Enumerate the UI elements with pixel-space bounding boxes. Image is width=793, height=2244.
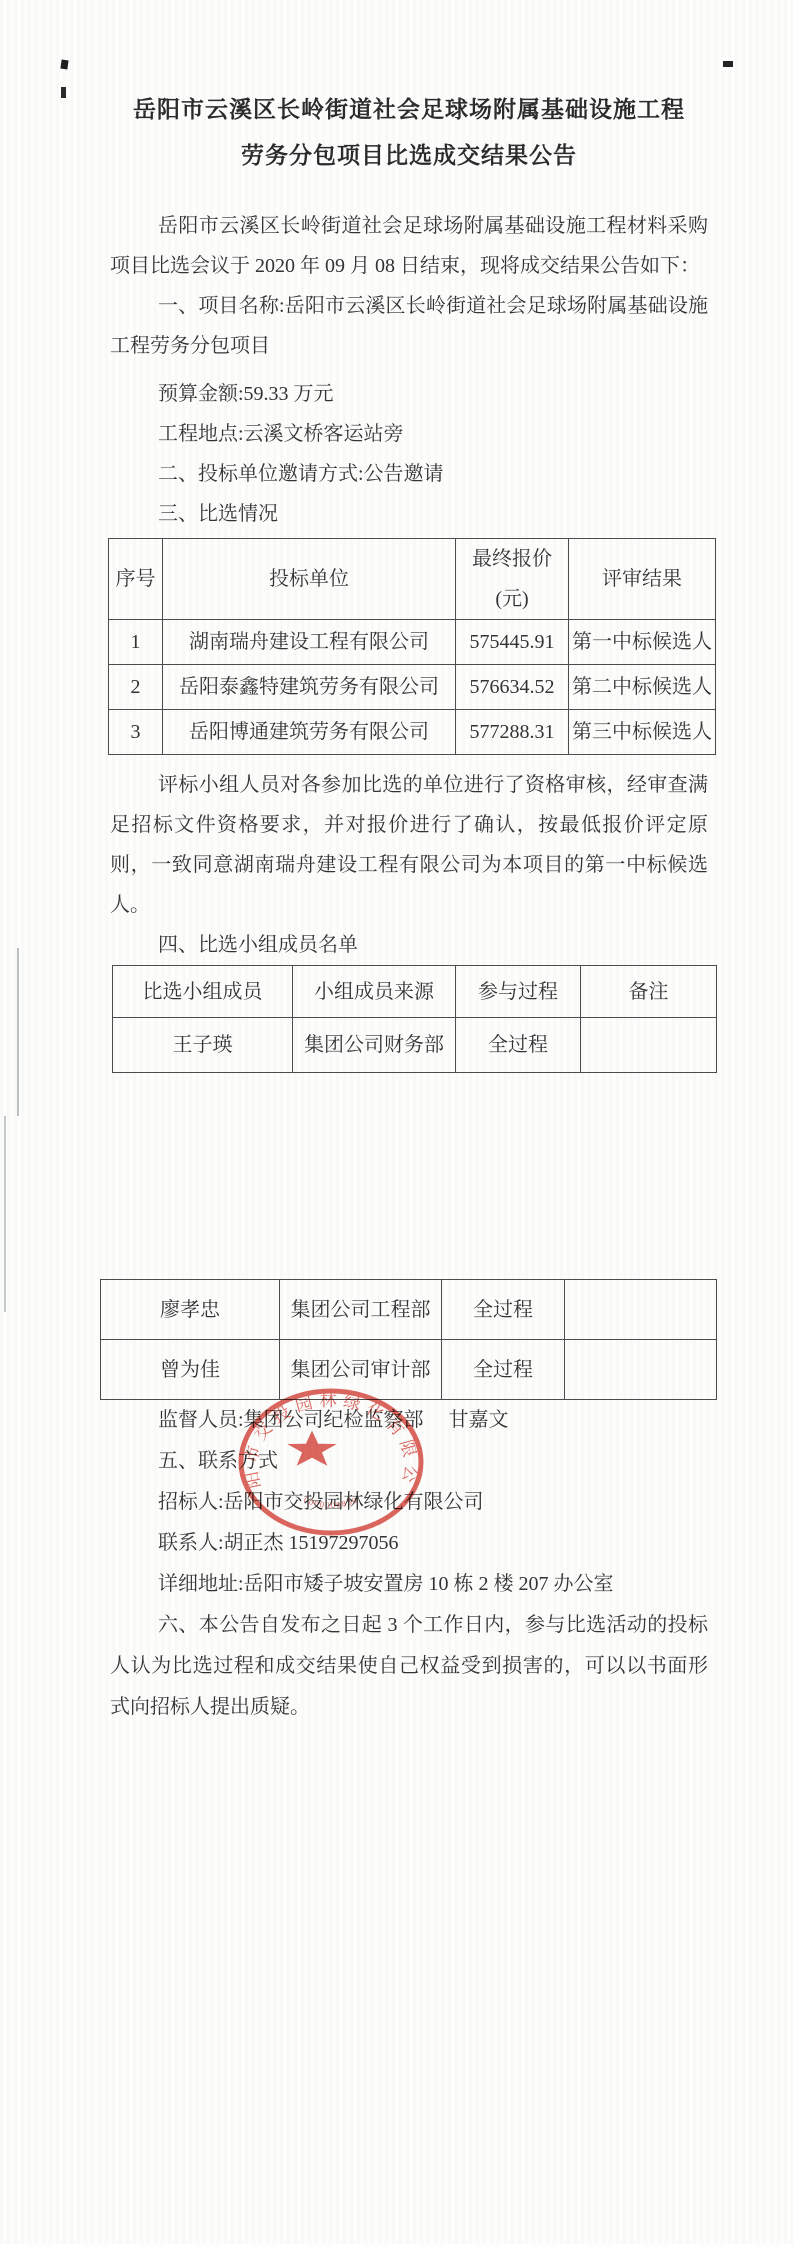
bid-header-seq: 序号 — [109, 539, 163, 620]
panel-table-header-row: 比选小组成员 小组成员来源 参与过程 备注 — [113, 966, 717, 1018]
bidder-line: 招标人:岳阳市交投园林绿化有限公司 — [110, 1482, 708, 1523]
panel-header-remark: 备注 — [581, 966, 717, 1018]
bid-table-header-row: 序号 投标单位 最终报价(元) 评审结果 — [109, 539, 716, 620]
panel-table-row: 曾为佳 集团公司审计部 全过程 — [101, 1340, 717, 1400]
review-paragraph: 评标小组人员对各参加比选的单位进行了资格审核，经审查满足招标文件资格要求，并对报… — [110, 765, 708, 925]
panel-header-process: 参与过程 — [456, 966, 581, 1018]
document-body: 岳阳市云溪区长岭街道社会足球场附属基础设施工程 劳务分包项目比选成交结果公告 岳… — [110, 0, 708, 1728]
document-title: 岳阳市云溪区长岭街道社会足球场附属基础设施工程 劳务分包项目比选成交结果公告 — [110, 0, 708, 178]
panel-row-process: 全过程 — [442, 1340, 565, 1400]
bid-row-result: 第三中标候选人 — [569, 710, 716, 755]
bid-header-price: 最终报价(元) — [456, 539, 569, 620]
bid-row-result: 第一中标候选人 — [569, 620, 716, 665]
panel-row-member: 廖孝忠 — [101, 1280, 280, 1340]
panel-row-process: 全过程 — [456, 1018, 581, 1073]
panel-header-source: 小组成员来源 — [293, 966, 456, 1018]
bid-row-unit: 湖南瑞舟建设工程有限公司 — [163, 620, 456, 665]
item1-project-name: 一、项目名称:岳阳市云溪区长岭街道社会足球场附属基础设施工程劳务分包项目 — [110, 286, 708, 366]
scanned-announcement-page: 岳阳市云溪区长岭街道社会足球场附属基础设施工程 劳务分包项目比选成交结果公告 岳… — [0, 0, 793, 2244]
title-line-2: 劳务分包项目比选成交结果公告 — [110, 132, 708, 178]
bid-row-price: 577288.31 — [456, 710, 569, 755]
bid-row-unit: 岳阳博通建筑劳务有限公司 — [163, 710, 456, 755]
contact-line: 联系人:胡正杰 15197297056 — [110, 1523, 708, 1564]
bid-header-result: 评审结果 — [569, 539, 716, 620]
page-break-gap — [110, 1073, 708, 1279]
scan-speck — [61, 87, 66, 98]
item2-invitation-method: 二、投标单位邀请方式:公告邀请 — [110, 454, 708, 494]
scan-speck — [60, 60, 68, 70]
scan-edge-line — [4, 1116, 6, 1312]
panel-row-source: 集团公司财务部 — [293, 1018, 456, 1073]
bid-row-seq: 3 — [109, 710, 163, 755]
panel-header-member: 比选小组成员 — [113, 966, 293, 1018]
panel-table-row: 王子瑛 集团公司财务部 全过程 — [113, 1018, 717, 1073]
title-line-1: 岳阳市云溪区长岭街道社会足球场附属基础设施工程 — [110, 86, 708, 132]
panel-row-member: 曾为佳 — [101, 1340, 280, 1400]
address-line: 详细地址:岳阳市矮子坡安置房 10 栋 2 楼 207 办公室 — [110, 1564, 708, 1605]
bid-row-result: 第二中标候选人 — [569, 665, 716, 710]
item5-heading: 五、联系方式 — [110, 1441, 708, 1482]
bid-row-unit: 岳阳泰鑫特建筑劳务有限公司 — [163, 665, 456, 710]
bid-result-table: 序号 投标单位 最终报价(元) 评审结果 1 湖南瑞舟建设工程有限公司 5754… — [108, 538, 716, 755]
scan-edge-line — [17, 948, 19, 1116]
location-line: 工程地点:云溪文桥客运站旁 — [110, 414, 708, 454]
panel-row-remark — [581, 1018, 717, 1073]
panel-row-process: 全过程 — [442, 1280, 565, 1340]
panel-row-source: 集团公司工程部 — [280, 1280, 442, 1340]
panel-member-table-page1: 比选小组成员 小组成员来源 参与过程 备注 王子瑛 集团公司财务部 全过程 — [112, 965, 717, 1073]
panel-row-remark — [565, 1340, 717, 1400]
bid-row-seq: 2 — [109, 665, 163, 710]
bid-header-unit: 投标单位 — [163, 539, 456, 620]
panel-row-source: 集团公司审计部 — [280, 1340, 442, 1400]
panel-row-remark — [565, 1280, 717, 1340]
bid-row-price: 576634.52 — [456, 665, 569, 710]
item6-paragraph: 六、本公告自发布之日起 3 个工作日内，参与比选活动的投标人认为比选过程和成交结… — [110, 1605, 708, 1728]
panel-row-member: 王子瑛 — [113, 1018, 293, 1073]
bid-table-row: 3 岳阳博通建筑劳务有限公司 577288.31 第三中标候选人 — [109, 710, 716, 755]
panel-member-table-page2: 廖孝忠 集团公司工程部 全过程 曾为佳 集团公司审计部 全过程 — [100, 1279, 717, 1400]
budget-line: 预算金额:59.33 万元 — [110, 374, 708, 414]
supervisor-line: 监督人员:集团公司纪检监察部 甘嘉文 — [110, 1400, 708, 1441]
item3-heading: 三、比选情况 — [110, 494, 708, 534]
scan-speck — [723, 61, 733, 67]
intro-paragraph: 岳阳市云溪区长岭街道社会足球场附属基础设施工程材料采购项目比选会议于 2020 … — [110, 206, 708, 286]
bid-row-seq: 1 — [109, 620, 163, 665]
bid-row-price: 575445.91 — [456, 620, 569, 665]
panel-table-row: 廖孝忠 集团公司工程部 全过程 — [101, 1280, 717, 1340]
bid-table-row: 2 岳阳泰鑫特建筑劳务有限公司 576634.52 第二中标候选人 — [109, 665, 716, 710]
item4-heading: 四、比选小组成员名单 — [110, 925, 708, 965]
bid-table-row: 1 湖南瑞舟建设工程有限公司 575445.91 第一中标候选人 — [109, 620, 716, 665]
